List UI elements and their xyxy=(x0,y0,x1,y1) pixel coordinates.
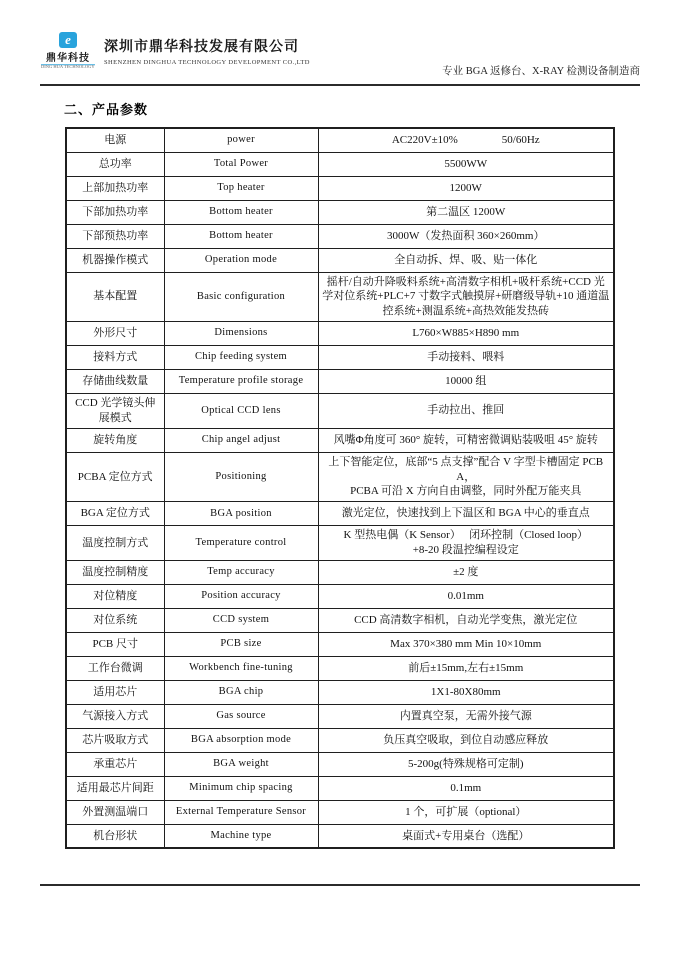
param-value: 手动接料、喂料 xyxy=(318,346,614,370)
param-value: ±2 度 xyxy=(318,560,614,584)
param-name-cn: 接料方式 xyxy=(66,346,164,370)
param-name-cn: BGA 定位方式 xyxy=(66,502,164,526)
param-name-en: Workbench fine-tuning xyxy=(164,656,318,680)
param-name-en: Temp accuracy xyxy=(164,560,318,584)
table-row: 机器操作模式Operation mode全自动拆、焊、吸、贴一体化 xyxy=(66,248,614,272)
table-row: BGA 定位方式BGA position激光定位，快速找到上下温区和 BGA 中… xyxy=(66,502,614,526)
param-name-en: Gas source xyxy=(164,704,318,728)
param-name-en: Optical CCD lens xyxy=(164,394,318,429)
table-row: 接料方式Chip feeding system手动接料、喂料 xyxy=(66,346,614,370)
param-name-en: PCB size xyxy=(164,632,318,656)
param-value: 风嘴Φ角度可 360° 旋转，可精密微调贴装吸咀 45° 旋转 xyxy=(318,428,614,452)
product-spec-table: 电源powerAC220V±10% 50/60Hz总功率Total Power5… xyxy=(65,127,615,849)
param-value: 前后±15mm,左右±15mm xyxy=(318,656,614,680)
company-name-block: 深圳市鼎华科技发展有限公司 SHENZHEN DINGHUA TECHNOLOG… xyxy=(104,36,310,66)
param-name-en: Operation mode xyxy=(164,248,318,272)
param-name-en: Bottom heater xyxy=(164,200,318,224)
param-name-cn: 气源接入方式 xyxy=(66,704,164,728)
param-value: 第二温区 1200W xyxy=(318,200,614,224)
param-value: 手动拉出、推回 xyxy=(318,394,614,429)
table-row: 工作台微调Workbench fine-tuning前后±15mm,左右±15m… xyxy=(66,656,614,680)
table-row: 温度控制精度Temp accuracy±2 度 xyxy=(66,560,614,584)
param-value: L760×W885×H890 mm xyxy=(318,322,614,346)
param-value: 0.01mm xyxy=(318,584,614,608)
table-row: 气源接入方式Gas source内置真空泵，无需外接气源 xyxy=(66,704,614,728)
param-name-cn: 适用最芯片间距 xyxy=(66,776,164,800)
param-value: 内置真空泵，无需外接气源 xyxy=(318,704,614,728)
param-name-cn: 基本配置 xyxy=(66,272,164,322)
param-name-cn: 上部加热功率 xyxy=(66,176,164,200)
logo-brand-cn: 鼎华科技 xyxy=(46,49,90,64)
param-name-cn: PCBA 定位方式 xyxy=(66,452,164,502)
table-row: 基本配置Basic configuration摇杆/自动升降吸料系统+高清数字相… xyxy=(66,272,614,322)
param-name-cn: 对位系统 xyxy=(66,608,164,632)
dinghua-logo-icon: e xyxy=(59,32,77,48)
param-name-en: BGA chip xyxy=(164,680,318,704)
param-name-cn: 工作台微调 xyxy=(66,656,164,680)
param-value: 1200W xyxy=(318,176,614,200)
param-value: 0.1mm xyxy=(318,776,614,800)
param-name-cn: 电源 xyxy=(66,128,164,152)
param-name-cn: 总功率 xyxy=(66,152,164,176)
param-name-cn: 芯片吸取方式 xyxy=(66,728,164,752)
param-name-cn: 适用芯片 xyxy=(66,680,164,704)
table-row: 芯片吸取方式BGA absorption mode负压真空吸取，到位自动感应释放 xyxy=(66,728,614,752)
param-name-en: Chip feeding system xyxy=(164,346,318,370)
param-name-en: BGA position xyxy=(164,502,318,526)
param-name-cn: 承重芯片 xyxy=(66,752,164,776)
param-value: AC220V±10% 50/60Hz xyxy=(318,128,614,152)
param-value: 5-200g(特殊规格可定制) xyxy=(318,752,614,776)
param-name-cn: 机器操作模式 xyxy=(66,248,164,272)
table-row: 对位精度Position accuracy0.01mm xyxy=(66,584,614,608)
company-name-cn: 深圳市鼎华科技发展有限公司 xyxy=(104,36,310,56)
table-row: 电源powerAC220V±10% 50/60Hz xyxy=(66,128,614,152)
table-row: 适用芯片BGA chip1X1-80X80mm xyxy=(66,680,614,704)
param-value: 上下智能定位，底部“5 点支撑”配合 V 字型卡槽固定 PCBA， PCBA 可… xyxy=(318,452,614,502)
table-row: PCB 尺寸PCB sizeMax 370×380 mm Min 10×10mm xyxy=(66,632,614,656)
param-name-cn: 下部加热功率 xyxy=(66,200,164,224)
param-name-cn: 温度控制方式 xyxy=(66,526,164,561)
param-name-cn: 旋转角度 xyxy=(66,428,164,452)
param-value: 负压真空吸取，到位自动感应释放 xyxy=(318,728,614,752)
param-value: K 型热电偶（K Sensor） 闭环控制（Closed loop） +8-20… xyxy=(318,526,614,561)
section-title: 二、产品参数 xyxy=(64,99,148,118)
param-name-en: Total Power xyxy=(164,152,318,176)
table-row: 总功率Total Power5500WW xyxy=(66,152,614,176)
company-name-en: SHENZHEN DINGHUA TECHNOLOGY DEVELOPMENT … xyxy=(104,59,310,66)
param-value: 桌面式+专用桌台（选配） xyxy=(318,824,614,848)
company-logo: e 鼎华科技 DING HUA TECHNOLOGY xyxy=(40,32,96,70)
param-value: 1X1-80X80mm xyxy=(318,680,614,704)
footer-rule xyxy=(40,884,640,886)
param-name-en: Position accuracy xyxy=(164,584,318,608)
param-value: 5500WW xyxy=(318,152,614,176)
param-name-en: Temperature profile storage xyxy=(164,370,318,394)
table-row: 上部加热功率Top heater1200W xyxy=(66,176,614,200)
table-row: 适用最芯片间距Minimum chip spacing0.1mm xyxy=(66,776,614,800)
param-name-en: Bottom heater xyxy=(164,224,318,248)
param-name-cn: 温度控制精度 xyxy=(66,560,164,584)
param-value: CCD 高清数字相机，自动光学变焦，激光定位 xyxy=(318,608,614,632)
param-value: 1 个，可扩展（optional） xyxy=(318,800,614,824)
param-name-cn: 外置测温端口 xyxy=(66,800,164,824)
param-name-cn: 对位精度 xyxy=(66,584,164,608)
table-row: 下部预热功率Bottom heater3000W（发热面积 360×260mm） xyxy=(66,224,614,248)
document-page: e 鼎华科技 DING HUA TECHNOLOGY 深圳市鼎华科技发展有限公司… xyxy=(0,0,680,962)
param-name-cn: 外形尺寸 xyxy=(66,322,164,346)
table-row: 存储曲线数量Temperature profile storage10000 组 xyxy=(66,370,614,394)
param-name-en: Machine type xyxy=(164,824,318,848)
table-row: 温度控制方式Temperature controlK 型热电偶（K Sensor… xyxy=(66,526,614,561)
param-name-cn: CCD 光学镜头伸展模式 xyxy=(66,394,164,429)
param-value: 全自动拆、焊、吸、贴一体化 xyxy=(318,248,614,272)
company-slogan: 专业 BGA 返修台、X-RAY 检测设备制造商 xyxy=(442,63,640,84)
logo-brand-en: DING HUA TECHNOLOGY xyxy=(41,64,95,69)
table-row: 下部加热功率Bottom heater第二温区 1200W xyxy=(66,200,614,224)
table-row: 旋转角度Chip angel adjust风嘴Φ角度可 360° 旋转，可精密微… xyxy=(66,428,614,452)
param-name-cn: 下部预热功率 xyxy=(66,224,164,248)
param-name-en: Positioning xyxy=(164,452,318,502)
table-row: PCBA 定位方式Positioning上下智能定位，底部“5 点支撑”配合 V… xyxy=(66,452,614,502)
table-row: 外形尺寸DimensionsL760×W885×H890 mm xyxy=(66,322,614,346)
param-name-en: BGA absorption mode xyxy=(164,728,318,752)
table-row: 外置测温端口External Temperature Sensor1 个，可扩展… xyxy=(66,800,614,824)
param-name-en: BGA weight xyxy=(164,752,318,776)
param-name-cn: 存储曲线数量 xyxy=(66,370,164,394)
param-name-en: Basic configuration xyxy=(164,272,318,322)
param-name-cn: PCB 尺寸 xyxy=(66,632,164,656)
param-value: 3000W（发热面积 360×260mm） xyxy=(318,224,614,248)
param-value: 10000 组 xyxy=(318,370,614,394)
param-name-en: Chip angel adjust xyxy=(164,428,318,452)
param-value: Max 370×380 mm Min 10×10mm xyxy=(318,632,614,656)
table-row: 机台形状Machine type桌面式+专用桌台（选配） xyxy=(66,824,614,848)
spec-table-body: 电源powerAC220V±10% 50/60Hz总功率Total Power5… xyxy=(66,128,614,848)
page-header: e 鼎华科技 DING HUA TECHNOLOGY 深圳市鼎华科技发展有限公司… xyxy=(40,26,640,86)
table-row: CCD 光学镜头伸展模式Optical CCD lens手动拉出、推回 xyxy=(66,394,614,429)
table-row: 对位系统CCD systemCCD 高清数字相机，自动光学变焦，激光定位 xyxy=(66,608,614,632)
param-name-en: Top heater xyxy=(164,176,318,200)
param-name-en: Minimum chip spacing xyxy=(164,776,318,800)
param-name-en: Temperature control xyxy=(164,526,318,561)
table-row: 承重芯片BGA weight5-200g(特殊规格可定制) xyxy=(66,752,614,776)
param-value: 激光定位，快速找到上下温区和 BGA 中心的垂直点 xyxy=(318,502,614,526)
param-value: 摇杆/自动升降吸料系统+高清数字相机+吸杆系统+CCD 光学对位系统+PLC+7… xyxy=(318,272,614,322)
param-name-en: External Temperature Sensor xyxy=(164,800,318,824)
param-name-en: Dimensions xyxy=(164,322,318,346)
param-name-en: power xyxy=(164,128,318,152)
param-name-en: CCD system xyxy=(164,608,318,632)
param-name-cn: 机台形状 xyxy=(66,824,164,848)
